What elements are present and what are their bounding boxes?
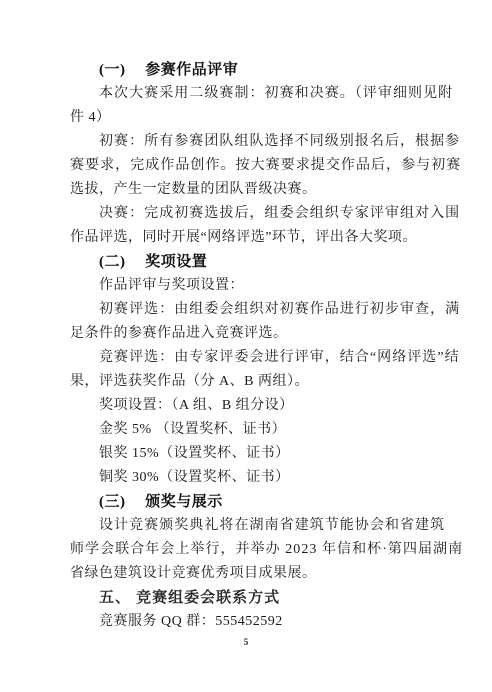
- doc-line: 初赛评选：由组委会组织对初赛作品进行初步审查，满: [70, 298, 422, 322]
- doc-line: 省绿色建筑设计竞赛优秀项目成果展。: [70, 562, 422, 586]
- doc-line: 设计竞赛颁奖典礼将在湖南省建筑节能协会和省建筑: [70, 514, 422, 538]
- section-heading-entry-review: (一) 参赛作品评审: [70, 58, 422, 82]
- doc-line-bronze-award: 铜奖 30%（设置奖杯、证书）: [70, 466, 422, 490]
- doc-line: 决赛：完成初赛选拔后，组委会组织专家评审组对入围: [70, 202, 422, 226]
- doc-line: 件 4）: [70, 106, 422, 130]
- document-text-block: (一) 参赛作品评审 本次大赛采用二级赛制：初赛和决赛。（评审细则见附 件 4）…: [70, 58, 422, 634]
- section-heading-award-ceremony: (三) 颁奖与展示: [70, 490, 422, 514]
- doc-line: 师学会联合年会上举行，并举办 2023 年信和杯·第四届湖南: [70, 538, 422, 562]
- doc-line: 初赛：所有参赛团队组队选择不同级别报名后，根据参: [70, 130, 422, 154]
- doc-line: 作品评审与奖项设置：: [70, 274, 422, 298]
- page-number: 5: [0, 637, 492, 647]
- doc-line-qq-contact: 竞赛服务 QQ 群：555452592: [70, 610, 422, 634]
- doc-line: 选拔，产生一定数量的团队晋级决赛。: [70, 178, 422, 202]
- doc-line-gold-award: 金奖 5% （设置奖杯、证书）: [70, 418, 422, 442]
- doc-line: 作品评选，同时开展“网络评选”环节，评出各大奖项。: [70, 226, 422, 250]
- doc-line-award-groups: 奖项设置：（A 组、B 组分设）: [70, 394, 422, 418]
- section-heading-awards-setup: (二) 奖项设置: [70, 250, 422, 274]
- document-page: (一) 参赛作品评审 本次大赛采用二级赛制：初赛和决赛。（评审细则见附 件 4）…: [0, 0, 492, 692]
- doc-line: 果，评选获奖作品（分 A、B 两组）。: [70, 370, 422, 394]
- doc-line: 赛要求，完成作品创作。按大赛要求提交作品后，参与初赛: [70, 154, 422, 178]
- section-heading-contact-info: 五、 竞赛组委会联系方式: [70, 586, 422, 610]
- doc-line: 竞赛评选：由专家评委会进行评审，结合“网络评选”结: [70, 346, 422, 370]
- doc-line-silver-award: 银奖 15%（设置奖杯、证书）: [70, 442, 422, 466]
- doc-line: 足条件的参赛作品进入竞赛评选。: [70, 322, 422, 346]
- doc-line: 本次大赛采用二级赛制：初赛和决赛。（评审细则见附: [70, 82, 422, 106]
